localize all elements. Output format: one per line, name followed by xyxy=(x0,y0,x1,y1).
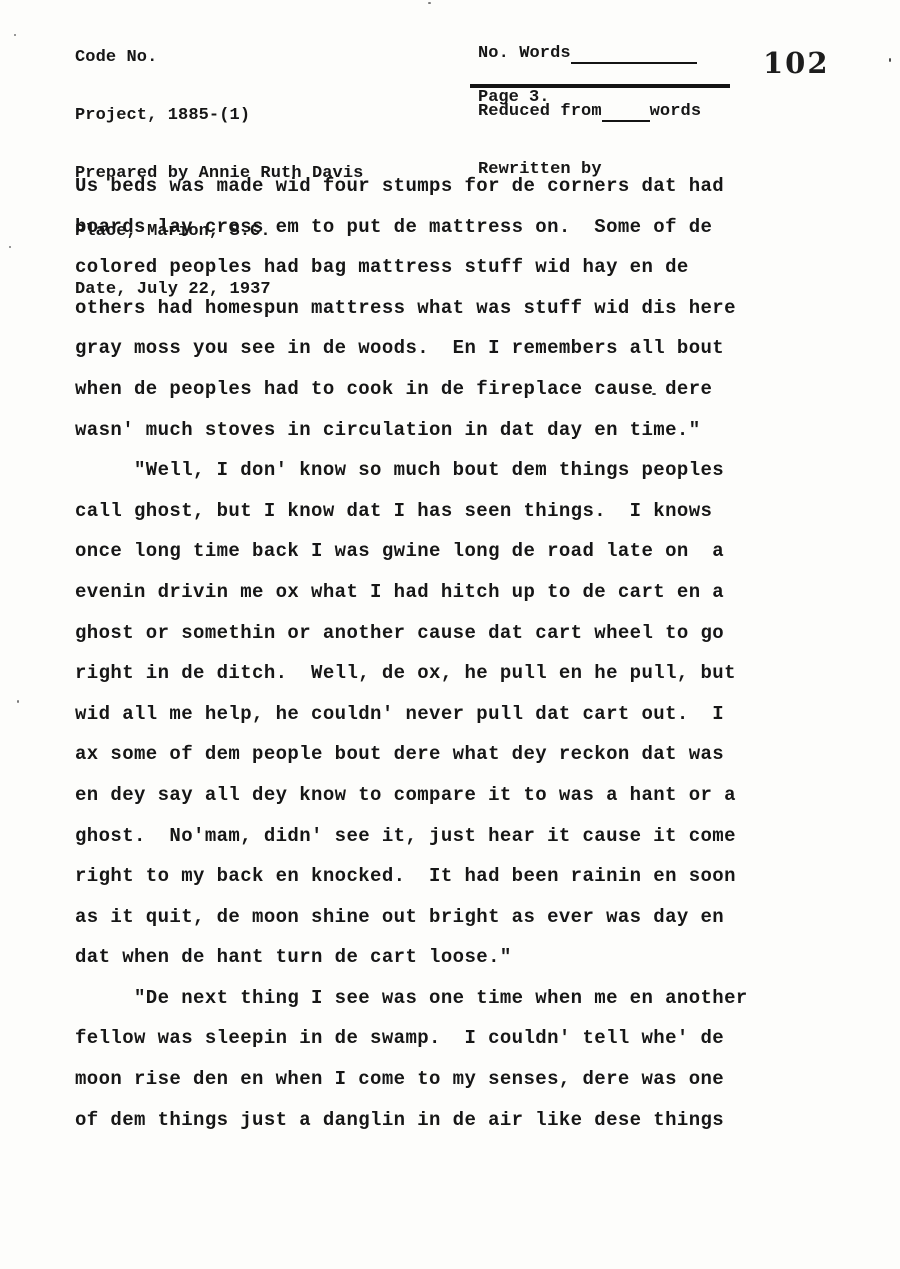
no-words-row: No. Words xyxy=(478,44,701,64)
typed-line: Us beds was made wid four stumps for de … xyxy=(75,166,748,207)
typed-line: ax some of dem people bout dere what dey… xyxy=(75,734,748,775)
code-no-line: Code No. xyxy=(75,48,363,68)
typed-line: "De next thing I see was one time when m… xyxy=(75,978,748,1019)
typed-line: "Well, I don' know so much bout dem thin… xyxy=(75,450,748,491)
no-words-label: No. Words xyxy=(478,44,571,64)
typed-line: right to my back en knocked. It had been… xyxy=(75,856,748,897)
typed-line: of dem things just a danglin in de air l… xyxy=(75,1100,748,1141)
stamped-page-number: 102 xyxy=(763,46,830,80)
page-label: Page 3. xyxy=(478,88,549,108)
scan-speck xyxy=(9,246,11,248)
scan-speck xyxy=(428,2,431,4)
typed-line: call ghost, but I know dat I has seen th… xyxy=(75,491,748,532)
reduced-words-label: words xyxy=(650,102,702,122)
document-page: Code No. Project, 1885-(1) Prepared by A… xyxy=(0,0,900,1269)
no-words-blank-line xyxy=(571,47,697,64)
scan-speck xyxy=(889,58,891,62)
project-line: Project, 1885-(1) xyxy=(75,106,363,126)
typed-line: as it quit, de moon shine out bright as … xyxy=(75,897,748,938)
scan-speck xyxy=(652,393,656,395)
typed-line: boards lay cross em to put de mattress o… xyxy=(75,207,748,248)
typed-line: wasn' much stoves in circulation in dat … xyxy=(75,410,748,451)
typed-line: fellow was sleepin in de swamp. I couldn… xyxy=(75,1018,748,1059)
typed-body-text: Us beds was made wid four stumps for de … xyxy=(75,166,748,1140)
typed-line: colored peoples had bag mattress stuff w… xyxy=(75,247,748,288)
typed-line: once long time back I was gwine long de … xyxy=(75,531,748,572)
typed-line: when de peoples had to cook in de firepl… xyxy=(75,369,748,410)
typed-line: moon rise den en when I come to my sense… xyxy=(75,1059,748,1100)
typed-line: evenin drivin me ox what I had hitch up … xyxy=(75,572,748,613)
typed-line: dat when de hant turn de cart loose." xyxy=(75,937,748,978)
scan-speck xyxy=(14,34,16,36)
typed-line: en dey say all dey know to compare it to… xyxy=(75,775,748,816)
scan-speck xyxy=(17,700,19,703)
page-divider-rule xyxy=(470,84,730,88)
typed-line: ghost. No'mam, didn' see it, just hear i… xyxy=(75,816,748,857)
typed-line: wid all me help, he couldn' never pull d… xyxy=(75,694,748,735)
typed-line: gray moss you see in de woods. En I reme… xyxy=(75,328,748,369)
typed-line: ghost or somethin or another cause dat c… xyxy=(75,613,748,654)
reduced-from-blank-line xyxy=(602,105,650,122)
typed-line: others had homespun mattress what was st… xyxy=(75,288,748,329)
typed-line: right in de ditch. Well, de ox, he pull … xyxy=(75,653,748,694)
